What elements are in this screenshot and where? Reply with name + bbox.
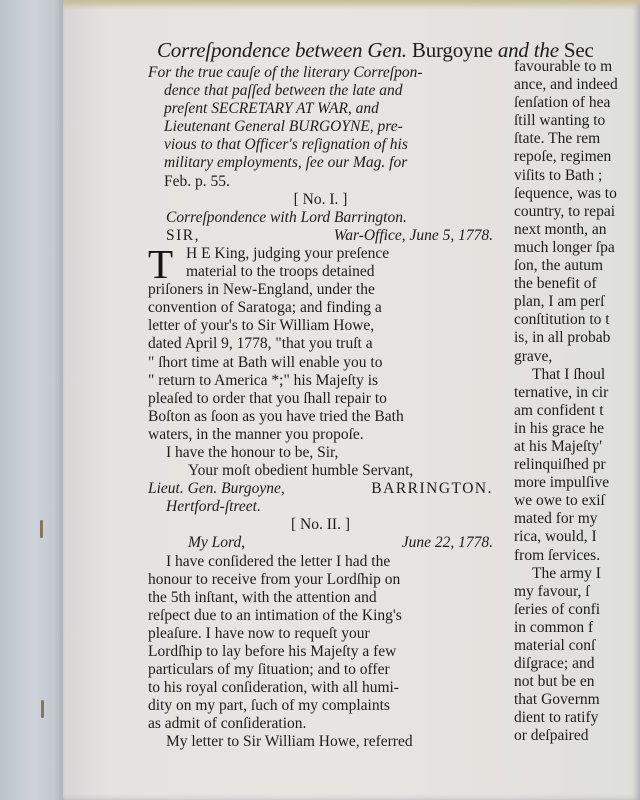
- body-line: as admit of conſideration.: [148, 715, 493, 733]
- dateline: June 22, 1778.: [402, 534, 493, 552]
- right-line: country, to repai: [514, 203, 640, 221]
- dropcap: T: [148, 246, 173, 282]
- right-line: conſtitution to t: [514, 311, 640, 329]
- right-line: from ſervices.: [514, 547, 640, 565]
- body-line: Lordſhip to lay before his Majeſty a few: [148, 643, 493, 661]
- body-line: " return to America *;" his Majeſty is: [148, 372, 493, 390]
- running-head-part1: Correſpondence between Gen.: [157, 38, 407, 62]
- letter-number: [ No. II. ]: [148, 516, 493, 534]
- body-line: letter of your's to Sir William Howe,: [148, 317, 493, 335]
- salutation-row: SIR, War-Office, June 5, 1778.: [148, 227, 493, 245]
- body-line: " ſhort time at Bath will enable you to: [148, 354, 493, 372]
- running-head-part2: Burgoyne: [412, 38, 493, 62]
- body-line: dity on my part, ſuch of my complaints: [148, 697, 493, 715]
- intro-line: Feb. p. 55.: [148, 173, 493, 191]
- right-line: relinquiſhed pr: [514, 456, 640, 474]
- intro-line: vious to that Officer's reſignation of h…: [148, 136, 493, 154]
- body-line: reſpect due to an intimation of the King…: [148, 607, 493, 625]
- body-line: to his royal conſideration, with all hum…: [148, 679, 493, 697]
- right-line: plan, I am perſ: [514, 293, 640, 311]
- dropcap-paragraph: T H E King, judging your preſence materi…: [148, 245, 493, 444]
- right-line: not but be en: [514, 673, 640, 691]
- right-line: That I ſhoul: [514, 366, 640, 384]
- right-line: at his Majeſty': [514, 438, 640, 456]
- body-line: Boſton as ſoon as you have tried the Bat…: [148, 408, 493, 426]
- intro-line: dence that paſſed between the late and: [148, 82, 493, 100]
- addressee: Lieut. Gen. Burgoyne,: [148, 480, 285, 498]
- body-line: pleaſure. I have now to requeſt your: [148, 625, 493, 643]
- right-line: more impulſive: [514, 474, 640, 492]
- salutation: My Lord,: [148, 534, 245, 552]
- body-line: the 5th inſtant, with the attention and: [148, 589, 493, 607]
- underlying-page: [0, 0, 64, 800]
- right-line: The army I: [514, 565, 640, 583]
- right-line: rica, would, I: [514, 528, 640, 546]
- letter-1: [ No. I. ] Correſpondence with Lord Barr…: [148, 191, 493, 517]
- right-line: ſtate. The rem: [514, 130, 640, 148]
- letter-2: [ No. II. ] My Lord, June 22, 1778. I ha…: [148, 516, 493, 751]
- body-line: priſoners in New-England, under the: [148, 281, 493, 299]
- intro-line: military employments, ſee our Mag. for: [148, 154, 493, 172]
- right-line: favourable to m: [514, 58, 640, 76]
- right-line: dient to ratify: [514, 709, 640, 727]
- right-line: mated for my: [514, 510, 640, 528]
- salutation-row: My Lord, June 22, 1778.: [148, 534, 493, 552]
- right-line: next month, an: [514, 221, 640, 239]
- body-line: I have conſidered the letter I had the: [148, 553, 493, 571]
- body-line: dated April 9, 1778, "that you truſt a: [148, 335, 493, 353]
- right-line: ſenſation of hea: [514, 94, 640, 112]
- right-line: or deſpaired: [514, 727, 640, 745]
- body-line: honour to receive from your Lordſhip on: [148, 571, 493, 589]
- body-line: H E King, judging your preſence: [148, 245, 493, 263]
- right-line: ſeries of confi: [514, 601, 640, 619]
- right-line: ſon, the autum: [514, 257, 640, 275]
- signature: BARRINGTON.: [371, 480, 493, 498]
- body-line: My letter to Sir William Howe, referred: [148, 733, 493, 751]
- body-line: pleaſed to order that you ſhall repair t…: [148, 390, 493, 408]
- right-line: much longer ſpa: [514, 239, 640, 257]
- ink-mark: [41, 700, 44, 718]
- letter-subtitle: Correſpondence with Lord Barrington.: [148, 209, 493, 227]
- letter-number: [ No. I. ]: [148, 191, 493, 209]
- body-line: particulars of my ſituation; and to offe…: [148, 661, 493, 679]
- right-column: favourable to m ance, and indeed ſenſati…: [514, 58, 640, 746]
- right-line: my favour, ſ: [514, 583, 640, 601]
- address-line: Hertford-ſtreet.: [148, 498, 493, 516]
- right-line: diſgrace; and: [514, 655, 640, 673]
- intro-note: For the true cauſe of the literary Corre…: [148, 64, 493, 191]
- right-line: that Governm: [514, 691, 640, 709]
- intro-line: preſent SECRETARY AT WAR, and: [148, 100, 493, 118]
- right-line: ſequence, was to: [514, 185, 640, 203]
- ink-mark: [40, 520, 43, 538]
- right-line: viſits to Bath ;: [514, 167, 640, 185]
- dateline: War-Office, June 5, 1778.: [334, 227, 493, 245]
- magazine-page: Correſpondence between Gen. Burgoyne and…: [63, 0, 640, 800]
- body-line: waters, in the manner you propoſe.: [148, 426, 493, 444]
- right-line: material conſ: [514, 637, 640, 655]
- right-line: the benefit of: [514, 275, 640, 293]
- closing-2: Your moſt obedient humble Servant,: [148, 462, 493, 480]
- right-line: am confident t: [514, 402, 640, 420]
- right-line: repoſe, regimen: [514, 148, 640, 166]
- intro-line: Lieutenant General BURGOYNE, pre-: [148, 118, 493, 136]
- right-line: we owe to exiſ: [514, 492, 640, 510]
- closing: I have the honour to be, Sir,: [148, 444, 493, 462]
- right-line: ſtill wanting to: [514, 112, 640, 130]
- body-line: material to the troops detained: [148, 263, 493, 281]
- right-line: ternative, in cir: [514, 384, 640, 402]
- right-line: in his grace he: [514, 420, 640, 438]
- right-line: grave,: [514, 348, 640, 366]
- right-line: in common f: [514, 619, 640, 637]
- body-line: convention of Saratoga; and finding a: [148, 299, 493, 317]
- signature-row: Lieut. Gen. Burgoyne, BARRINGTON.: [148, 480, 493, 498]
- right-line: is, in all probab: [514, 329, 640, 347]
- intro-line: For the true cauſe of the literary Corre…: [148, 64, 493, 82]
- right-line: ance, and indeed: [514, 76, 640, 94]
- left-column: For the true cauſe of the literary Corre…: [148, 64, 568, 752]
